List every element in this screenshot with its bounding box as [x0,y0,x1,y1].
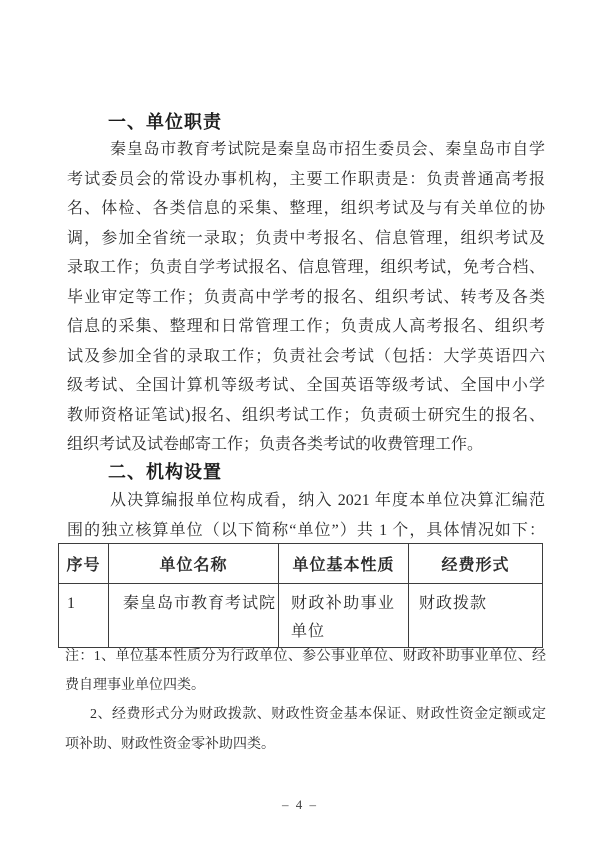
notes-block: 注：1、单位基本性质分为行政单位、参公事业单位、财政补助事业单位、经 费自理事业… [65,642,546,759]
paragraph-line: 考试委员会的常设办事机构，主要工作职责是：负责普通高考报 [67,165,545,195]
section-2-paragraph: 从决算编报单位构成看，纳入 2021 年度本单位决算汇编范 围的独立核算单位（以… [67,486,545,545]
unit-nature: 财政补助事业单位 [279,584,409,648]
table-row: 1 秦皇岛市教育考试院 财政补助事业单位 财政拨款 [59,584,543,648]
paragraph-line: 级考试、全国计算机等级考试、全国英语等级考试、全国中小学 [67,371,545,401]
paragraph-line: 围的独立核算单位（以下简称“单位”）共 1 个，具体情况如下： [67,516,545,546]
document-page: 一、单位职责 秦皇岛市教育考试院是秦皇岛市招生委员会、秦皇岛市自学 考试委员会的… [0,0,600,848]
note-line: 项补助、财政性资金零补助四类。 [65,730,546,759]
section-2-heading: 二、机构设置 [108,458,222,487]
column-header-index: 序号 [59,544,109,584]
paragraph-line: 毕业审定等工作；负责高中学考的报名、组织考试、转考及各类 [67,283,545,313]
paragraph-line: 信息的采集、整理和日常管理工作；负责成人高考报名、组织考 [67,312,545,342]
paragraph-line: 组织考试及试卷邮寄工作；负责各类考试的收费管理工作。 [67,430,545,460]
note-line: 注：1、单位基本性质分为行政单位、参公事业单位、财政补助事业单位、经 [65,642,546,671]
paragraph-line: 名、体检、各类信息的采集、整理，组织考试及与有关单位的协 [67,194,545,224]
paragraph-line: 从决算编报单位构成看，纳入 2021 年度本单位决算汇编范 [67,486,545,516]
paragraph-line: 调，参加全省统一录取；负责中考报名、信息管理，组织考试及 [67,224,545,254]
column-header-nature: 单位基本性质 [279,544,409,584]
paragraph-line: 秦皇岛市教育考试院是秦皇岛市招生委员会、秦皇岛市自学 [67,135,545,165]
section-1-heading: 一、单位职责 [108,108,222,137]
column-header-name: 单位名称 [109,544,279,584]
table-header-row: 序号 单位名称 单位基本性质 经费形式 [59,544,543,584]
unit-name: 秦皇岛市教育考试院 [109,584,279,648]
unit-index: 1 [59,584,109,648]
column-header-fund: 经费形式 [409,544,543,584]
page-number: – 4 – [0,797,600,813]
note-line: 费自理事业单位四类。 [65,671,546,700]
note-line: 2、经费形式分为财政拨款、财政性资金基本保证、财政性资金定额或定 [65,700,546,729]
paragraph-line: 试及参加全省的录取工作；负责社会考试（包括：大学英语四六 [67,342,545,372]
units-table: 序号 单位名称 单位基本性质 经费形式 1 秦皇岛市教育考试院 财政补助事业单位… [58,543,543,648]
unit-funding: 财政拨款 [409,584,543,648]
paragraph-line: 录取工作；负责自学考试报名、信息管理，组织考试，免考合档、 [67,253,545,283]
paragraph-line: 教师资格证笔试)报名、组织考试工作；负责硕士研究生的报名、 [67,401,545,431]
section-1-paragraph: 秦皇岛市教育考试院是秦皇岛市招生委员会、秦皇岛市自学 考试委员会的常设办事机构，… [67,135,545,460]
